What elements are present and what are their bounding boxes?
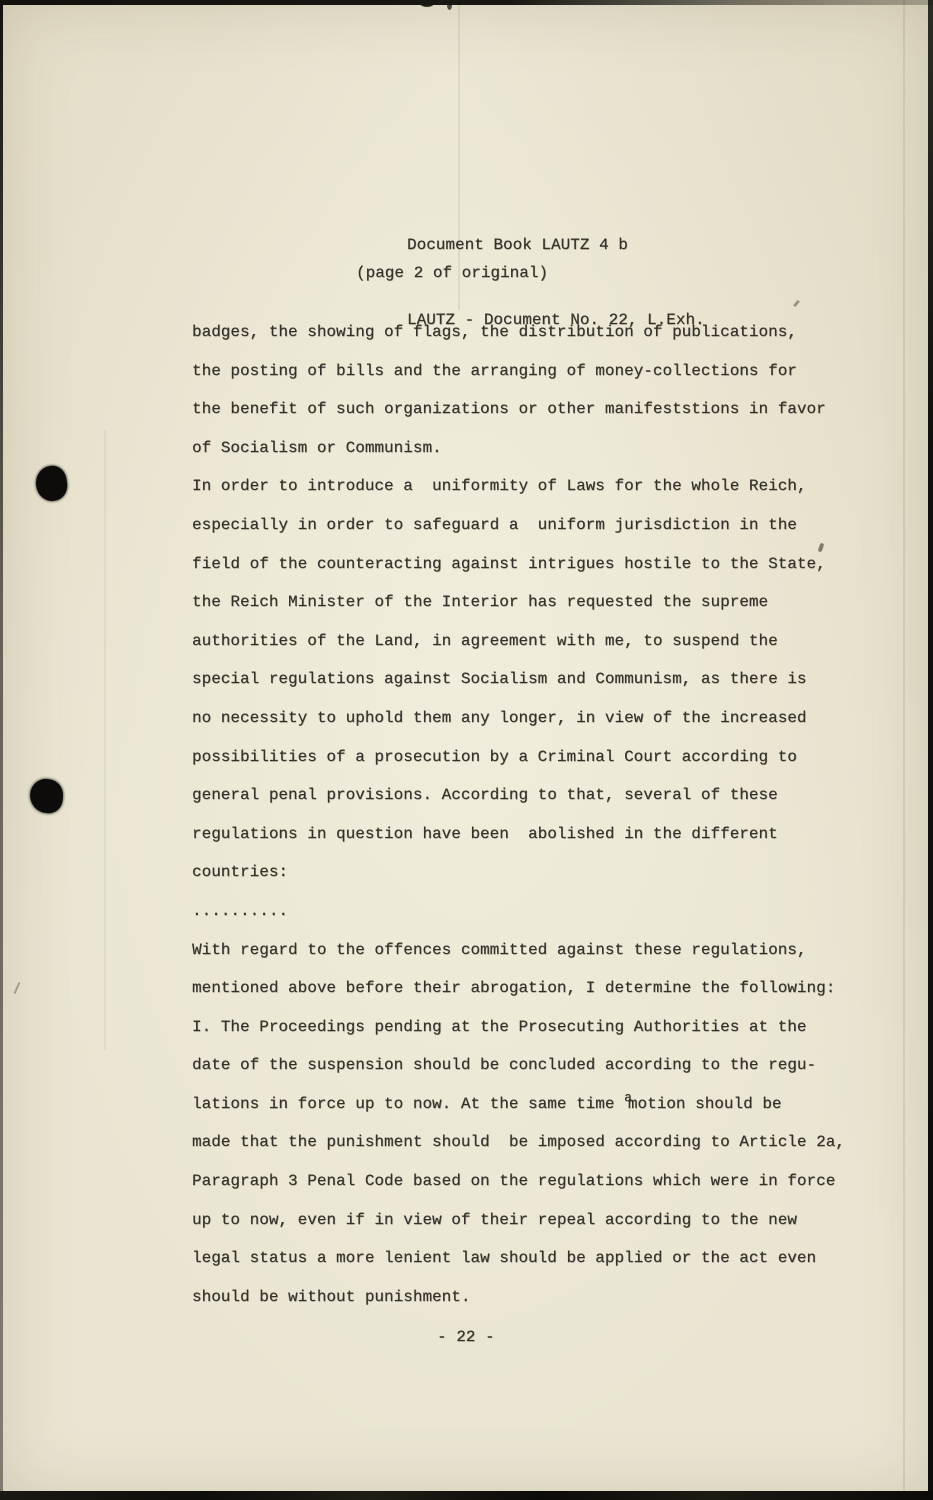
text-line: In order to introduce a uniformity of La… <box>192 467 845 506</box>
text-line: the benefit of such organizations or oth… <box>192 390 845 429</box>
text-line: With regard to the offences committed ag… <box>192 931 845 970</box>
text-segment: lations in force up to now. At the same … <box>192 1095 624 1113</box>
text-line: the posting of bills and the arranging o… <box>192 352 845 391</box>
header-line-1: Document Book LAUTZ 4 b <box>407 233 705 258</box>
punch-hole-bottom <box>28 777 64 814</box>
text-line: field of the counteracting against intri… <box>192 545 845 584</box>
text-line: made that the punishment should be impos… <box>192 1123 845 1162</box>
text-line: date of the suspension should be conclud… <box>192 1046 845 1085</box>
paper-edge-shadow <box>903 0 905 1500</box>
text-line: should be without punishment. <box>192 1278 845 1317</box>
text-line: lations in force up to now. At the same … <box>192 1085 845 1124</box>
text-line: countries: <box>192 853 845 892</box>
text-line: the Reich Minister of the Interior has r… <box>192 583 845 622</box>
scan-edge-left <box>0 0 3 1500</box>
inserted-superscript: a <box>624 1079 632 1118</box>
text-line: possibilities of a prosecution by a Crim… <box>192 738 845 777</box>
body-lines: badges, the showing of flags, the distri… <box>192 313 845 1316</box>
text-line: regulations in question have been abolis… <box>192 815 845 854</box>
ink-speck <box>14 982 21 994</box>
text-line: no necessity to uphold them any longer, … <box>192 699 845 738</box>
text-line: general penal provisions. According to t… <box>192 776 845 815</box>
text-line: mentioned above before their abrogation,… <box>192 969 845 1008</box>
page-number: - 22 - <box>437 1326 495 1348</box>
text-line: .......... <box>192 892 845 931</box>
text-line: authorities of the Land, in agreement wi… <box>192 622 845 661</box>
text-line: of Socialism or Communism. <box>192 429 845 468</box>
page-note: (page 2 of original) <box>356 262 548 284</box>
text-line: I. The Proceedings pending at the Prosec… <box>192 1008 845 1047</box>
scan-edge-top <box>0 0 933 5</box>
text-line: badges, the showing of flags, the distri… <box>192 313 845 352</box>
punch-hole-top <box>34 464 70 503</box>
text-segment: motion should be <box>628 1095 782 1113</box>
scanned-page: Document Book LAUTZ 4 b LAUTZ - Document… <box>0 0 933 1500</box>
scan-edge-bottom <box>0 1491 933 1500</box>
text-line: special regulations against Socialism an… <box>192 660 845 699</box>
text-line: up to now, even if in view of their repe… <box>192 1201 845 1240</box>
text-line: legal status a more lenient law should b… <box>192 1239 845 1278</box>
ink-speck <box>793 300 800 307</box>
text-line: especially in order to safeguard a unifo… <box>192 506 845 545</box>
scan-edge-right <box>928 0 933 1500</box>
paper-crease <box>104 430 106 1050</box>
text-line: Paragraph 3 Penal Code based on the regu… <box>192 1162 845 1201</box>
